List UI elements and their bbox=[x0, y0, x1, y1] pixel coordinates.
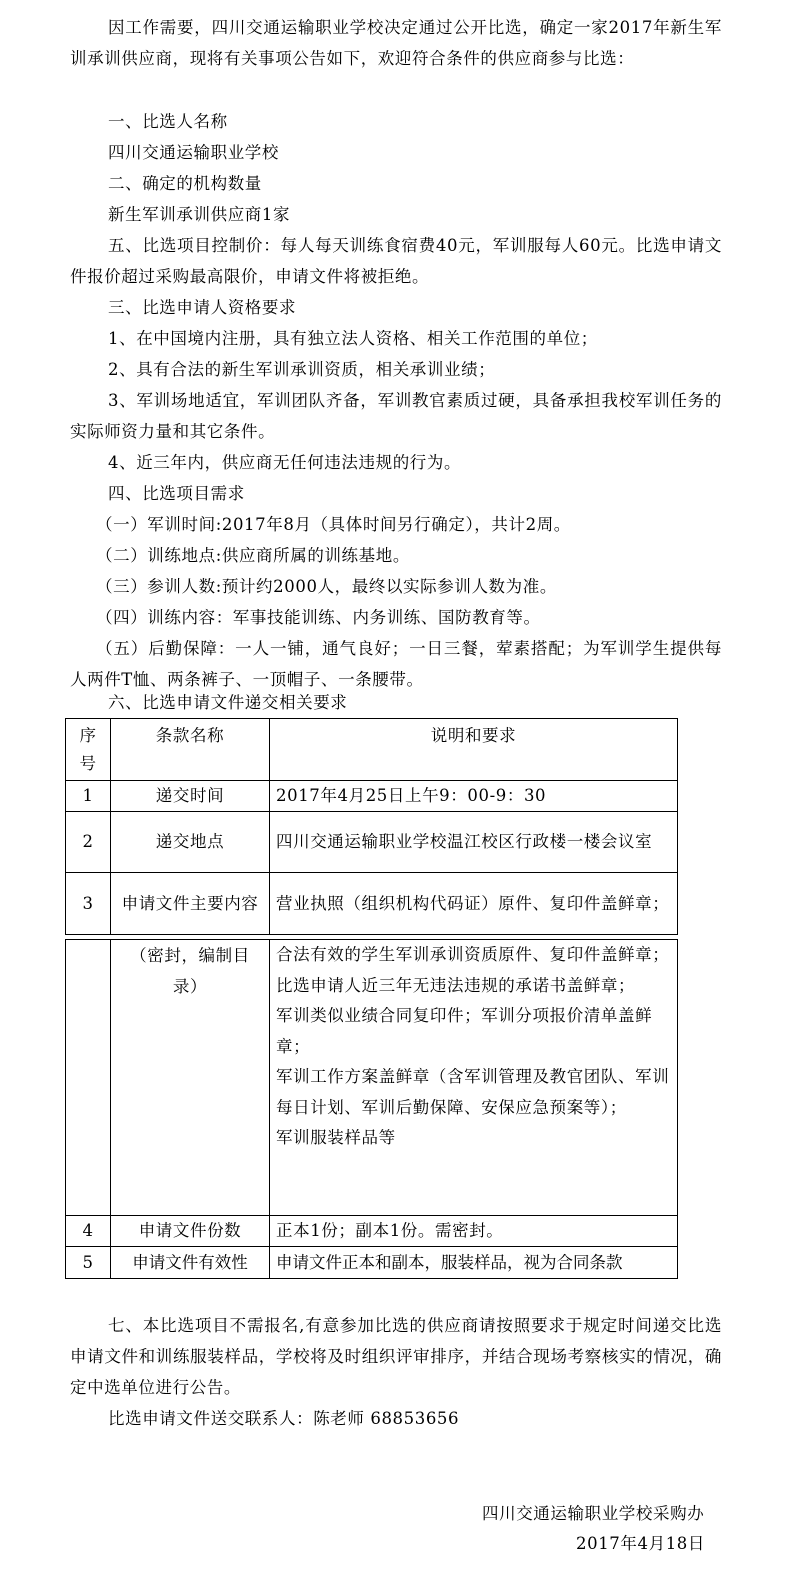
row-name: 递交地点 bbox=[111, 812, 270, 873]
contact-line: 比选申请文件送交联系人：陈老师 68853656 bbox=[70, 1403, 722, 1434]
table-row: 2 递交地点 四川交通运输职业学校温江校区行政楼一楼会议室 bbox=[66, 812, 678, 873]
section3-heading: 三、比选申请人资格要求 bbox=[70, 292, 722, 323]
row-num: 2 bbox=[66, 812, 111, 873]
signature-org: 四川交通运输职业学校采购办 bbox=[482, 1500, 704, 1524]
table-row: 3 申请文件主要内容 营业执照（组织机构代码证）原件、复印件盖鲜章； bbox=[66, 873, 678, 935]
document-page: 因工作需要，四川交通运输职业学校决定通过公开比选，确定一家2017年新生军训承训… bbox=[0, 0, 793, 1572]
desc-line: 合法有效的学生军训承训资质原件、复印件盖鲜章； bbox=[276, 940, 671, 971]
desc-line: 比选申请人近三年无违法违规的承诺书盖鲜章； bbox=[276, 971, 671, 1002]
row-num: 3 bbox=[66, 873, 111, 935]
table-row: 4 申请文件份数 正本1份；副本1份。需密封。 bbox=[66, 1216, 678, 1247]
section5-price-cap: 五、比选项目控制价：每人每天训练食宿费40元，军训服每人60元。比选申请文件报价… bbox=[70, 230, 722, 292]
header-num: 序号 bbox=[66, 719, 111, 781]
submission-requirements-table: 序号 条款名称 说明和要求 1 递交时间 2017年4月25日上午9：00-9：… bbox=[65, 718, 678, 935]
row-name: 申请文件有效性 bbox=[111, 1247, 270, 1279]
header-name: 条款名称 bbox=[111, 719, 270, 781]
section4-heading: 四、比选项目需求 bbox=[70, 478, 722, 509]
table-row: 5 申请文件有效性 申请文件正本和副本，服装样品，视为合同条款 bbox=[66, 1247, 678, 1279]
desc-line: 军训工作方案盖鲜章（含军训管理及教官团队、军训每日计划、军训后勤保障、安保应急预… bbox=[276, 1062, 671, 1123]
table-header-row: 序号 条款名称 说明和要求 bbox=[66, 719, 678, 781]
row-num: 5 bbox=[66, 1247, 111, 1279]
intro-paragraph: 因工作需要，四川交通运输职业学校决定通过公开比选，确定一家2017年新生军训承训… bbox=[70, 12, 722, 74]
submission-requirements-table-continued: （密封，编制目录） 合法有效的学生军训承训资质原件、复印件盖鲜章； 比选申请人近… bbox=[65, 939, 678, 1279]
row-num: 1 bbox=[66, 781, 111, 812]
row-name: 递交时间 bbox=[111, 781, 270, 812]
requirement-item: （五）后勤保障：一人一铺，通气良好；一日三餐，荤素搭配；为军训学生提供每人两件T… bbox=[70, 633, 722, 695]
section2-heading: 二、确定的机构数量 bbox=[70, 168, 722, 199]
desc-line: 军训类似业绩合同复印件；军训分项报价清单盖鲜章； bbox=[276, 1001, 671, 1062]
section2-body: 新生军训承训供应商1家 bbox=[70, 199, 722, 230]
row-desc: 四川交通运输职业学校温江校区行政楼一楼会议室 bbox=[270, 812, 678, 873]
header-desc: 说明和要求 bbox=[270, 719, 678, 781]
row-name: 申请文件主要内容 bbox=[111, 873, 270, 935]
qualification-item: 3、军训场地适宜，军训团队齐备，军训教官素质过硬，具备承担我校军训任务的实际师资… bbox=[70, 385, 722, 447]
requirement-item: （一）军训时间:2017年8月（具体时间另行确定），共计2周。 bbox=[70, 509, 722, 540]
section1-heading: 一、比选人名称 bbox=[70, 106, 722, 137]
section6-heading: 六、比选申请文件递交相关要求 bbox=[70, 687, 722, 718]
row-desc: 正本1份；副本1份。需密封。 bbox=[270, 1216, 678, 1247]
qualification-item: 4、近三年内，供应商无任何违法违规的行为。 bbox=[70, 447, 722, 478]
row-desc: 合法有效的学生军训承训资质原件、复印件盖鲜章； 比选申请人近三年无违法违规的承诺… bbox=[270, 940, 678, 1216]
row-desc: 申请文件正本和副本，服装样品，视为合同条款 bbox=[270, 1247, 678, 1279]
table-row: 1 递交时间 2017年4月25日上午9：00-9：30 bbox=[66, 781, 678, 812]
row-num: 4 bbox=[66, 1216, 111, 1247]
signature-date: 2017年4月18日 bbox=[576, 1530, 705, 1554]
row-name: 申请文件份数 bbox=[111, 1216, 270, 1247]
section1-body: 四川交通运输职业学校 bbox=[70, 137, 722, 168]
qualification-item: 2、具有合法的新生军训承训资质，相关承训业绩； bbox=[70, 354, 722, 385]
requirement-item: （四）训练内容：军事技能训练、内务训练、国防教育等。 bbox=[70, 602, 722, 633]
row-desc: 营业执照（组织机构代码证）原件、复印件盖鲜章； bbox=[270, 873, 678, 935]
table-row-continuation: （密封，编制目录） 合法有效的学生军训承训资质原件、复印件盖鲜章； 比选申请人近… bbox=[66, 940, 678, 1216]
requirement-item: （三）参训人数:预计约2000人，最终以实际参训人数为准。 bbox=[70, 571, 722, 602]
desc-line: 军训服装样品等 bbox=[276, 1123, 671, 1154]
row-name: （密封，编制目录） bbox=[111, 940, 270, 1216]
requirement-item: （二）训练地点:供应商所属的训练基地。 bbox=[70, 540, 722, 571]
row-num bbox=[66, 940, 111, 1216]
row-desc: 2017年4月25日上午9：00-9：30 bbox=[270, 781, 678, 812]
section7-paragraph: 七、本比选项目不需报名,有意参加比选的供应商请按照要求于规定时间递交比选申请文件… bbox=[70, 1310, 722, 1403]
qualification-item: 1、在中国境内注册，具有独立法人资格、相关工作范围的单位； bbox=[70, 323, 722, 354]
